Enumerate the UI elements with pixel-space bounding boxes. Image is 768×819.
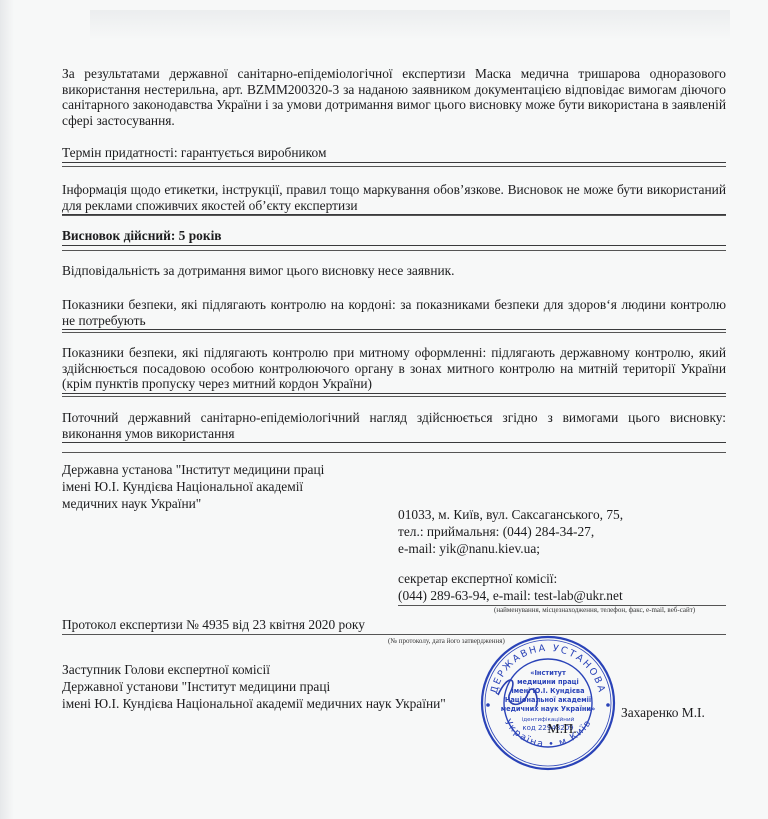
svg-text:Національної академії: Національної академії <box>505 696 592 704</box>
email-line: e-mail: yik@nanu.kiev.ua; <box>398 540 728 557</box>
official-stamp: ДЕРЖАВНА УСТАНОВА Україна • м.Київ «Інст… <box>478 633 618 773</box>
svg-text:медичних наук України»: медичних наук України» <box>501 705 596 713</box>
signatory-line: імені Ю.І. Кундієва Національної академі… <box>62 695 522 712</box>
signatory-title: Заступник Голови експертної комісії Держ… <box>62 661 522 712</box>
svg-text:«Інститут: «Інститут <box>530 669 566 677</box>
rule <box>62 166 726 167</box>
scan-edge <box>0 0 14 819</box>
border-control-note: Показники безпеки, які підлягають контро… <box>62 297 726 330</box>
supervision-note: Поточний державний санітарно-епідеміолог… <box>62 410 726 443</box>
institution-line: імені Ю.І. Кундієва Національної академі… <box>62 478 392 495</box>
validity-period: Висновок дійсний: 5 років <box>62 228 726 246</box>
secretary-phone-email: (044) 289-63-94, e-mail: test-lab@ukr.ne… <box>398 587 728 604</box>
institution-line: Державна установа "Інститут медицини пра… <box>62 461 392 478</box>
responsibility-note: Відповідальність за дотримання вимог цьо… <box>62 263 726 279</box>
rule <box>62 452 726 453</box>
address-line: 01033, м. Київ, вул. Саксаганського, 75, <box>398 506 728 523</box>
labeling-info: Інформація щодо етикетки, інструкції, пр… <box>62 182 726 215</box>
svg-text:медицини праці: медицини праці <box>517 678 579 686</box>
scan-bleed-through <box>90 10 730 40</box>
institution-name: Державна установа "Інститут медицини пра… <box>62 461 392 512</box>
secretary-contact: секретар експертної комісії: (044) 289-6… <box>398 570 728 604</box>
rule <box>62 215 726 216</box>
rule <box>62 634 726 635</box>
signatory-line: Державної установи "Інститут медицини пр… <box>62 678 522 695</box>
conclusion-paragraph: За результатами державної санітарно-епід… <box>62 66 726 128</box>
signatory-name: Захаренко М.І. <box>621 704 705 721</box>
customs-control-note: Показники безпеки, які підлягають контро… <box>62 345 726 394</box>
secretary-label: секретар експертної комісії: <box>398 570 728 587</box>
signatory-line: Заступник Голови експертної комісії <box>62 661 522 678</box>
rule <box>62 332 726 333</box>
shelf-life: Термін придатності: гарантується виробни… <box>62 145 726 163</box>
rule <box>62 250 726 251</box>
mp-label: М.П. <box>547 722 577 737</box>
protocol-line: Протокол експертизи № 4935 від 23 квітня… <box>62 616 462 633</box>
rule <box>62 396 726 397</box>
stamp-seal-icon: ДЕРЖАВНА УСТАНОВА Україна • м.Київ «Інст… <box>478 633 618 773</box>
institution-caption: (найменування, місцезнаходження, телефон… <box>494 606 695 614</box>
institution-address: 01033, м. Київ, вул. Саксаганського, 75,… <box>398 506 728 557</box>
svg-text:імені Ю.І. Кундієва: імені Ю.І. Кундієва <box>511 687 584 695</box>
phone-line: тел.: приймальня: (044) 284-34-27, <box>398 523 728 540</box>
institution-line: медичних наук України" <box>62 495 392 512</box>
